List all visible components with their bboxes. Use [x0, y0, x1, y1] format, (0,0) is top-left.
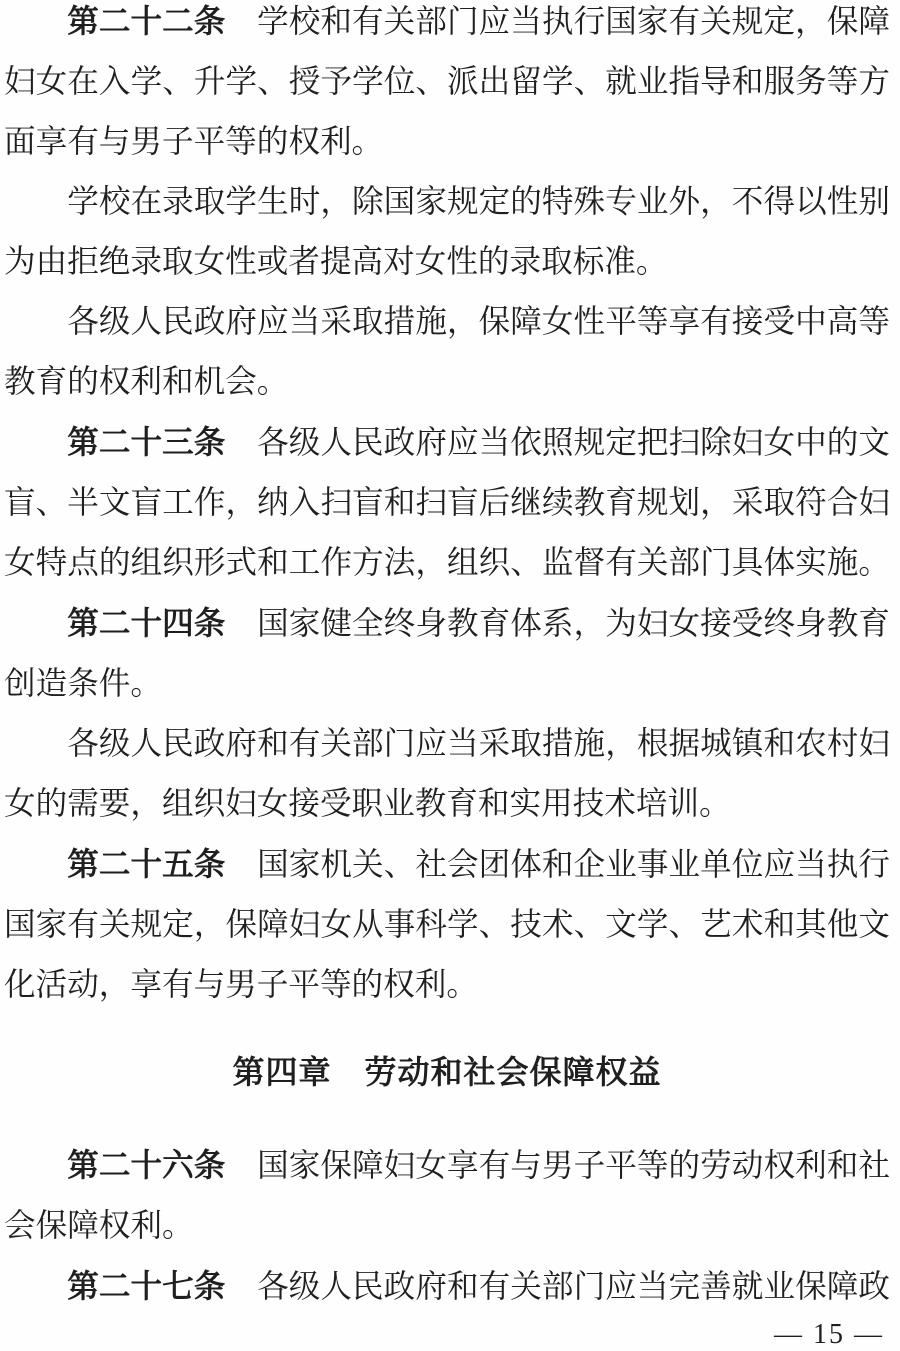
article-number: 第二十六条	[67, 1147, 257, 1183]
document-page: 第二十二条学校和有关部门应当执行国家有关规定，保障 妇女在入学、升学、授予学位、…	[0, 0, 900, 1351]
text-line: 第二十五条国家机关、社会团体和企业事业单位应当执行	[4, 834, 890, 895]
text-line: 妇女在入学、升学、授予学位、派出留学、就业指导和服务等方	[4, 52, 890, 112]
chapter-heading: 第四章劳动和社会保障权益	[4, 1042, 890, 1102]
line-text: 国家机关、社会团体和企业事业单位应当执行	[257, 847, 890, 882]
text-line: 创造条件。	[4, 654, 890, 714]
text-line: 第二十六条国家保障妇女享有与男子平等的劳动权利和社	[4, 1135, 890, 1196]
text-line: 会保障权利。	[4, 1196, 890, 1256]
line-text: 国家健全终身教育体系，为妇女接受终身教育	[257, 606, 890, 641]
text-line: 学校在录取学生时，除国家规定的特殊专业外，不得以性别	[4, 172, 890, 232]
text-line: 第二十七条各级人民政府和有关部门应当完善就业保障政	[4, 1256, 890, 1317]
line-text: 教育的权利和机会。	[4, 364, 288, 399]
text-line: 面享有与男子平等的权利。	[4, 112, 890, 172]
line-text: 为由拒绝录取女性或者提高对女性的录取标准。	[4, 244, 667, 279]
article-number: 第二十二条	[67, 3, 257, 39]
text-line: 女的需要，组织妇女接受职业教育和实用技术培训。	[4, 774, 890, 834]
text-line: 各级人民政府应当采取措施，保障女性平等享有接受中高等	[4, 292, 890, 352]
page-number: — 15 —	[774, 1319, 884, 1350]
line-text: 各级人民政府应当采取措施，保障女性平等享有接受中高等	[67, 304, 890, 339]
text-line: 教育的权利和机会。	[4, 352, 890, 412]
article-number: 第二十五条	[67, 846, 257, 882]
line-text: 会保障权利。	[4, 1208, 194, 1243]
line-text: 创造条件。	[4, 666, 162, 701]
page-footer: — 15 —	[774, 1321, 884, 1349]
line-text: 各级人民政府应当依照规定把扫除妇女中的文	[257, 425, 890, 460]
article-number: 第二十三条	[67, 424, 257, 460]
text-line: 第二十二条学校和有关部门应当执行国家有关规定，保障	[4, 0, 890, 52]
line-text: 化活动，享有与男子平等的权利。	[4, 967, 478, 1002]
text-line: 各级人民政府和有关部门应当采取措施，根据城镇和农村妇	[4, 714, 890, 774]
text-line: 第二十四条国家健全终身教育体系，为妇女接受终身教育	[4, 593, 890, 654]
line-text: 国家有关规定，保障妇女从事科学、技术、文学、艺术和其他文	[4, 907, 890, 942]
line-text: 各级人民政府和有关部门应当完善就业保障政	[257, 1269, 890, 1304]
chapter-number: 第四章	[232, 1054, 364, 1090]
text-line: 为由拒绝录取女性或者提高对女性的录取标准。	[4, 232, 890, 292]
line-text: 妇女在入学、升学、授予学位、派出留学、就业指导和服务等方	[4, 64, 890, 99]
text-line: 盲、半文盲工作，纳入扫盲和扫盲后继续教育规划，采取符合妇	[4, 473, 890, 533]
article-number: 第二十七条	[67, 1268, 257, 1304]
line-text: 女特点的组织形式和工作方法，组织、监督有关部门具体实施。	[4, 545, 890, 580]
line-text: 女的需要，组织妇女接受职业教育和实用技术培训。	[4, 786, 731, 821]
text-line: 国家有关规定，保障妇女从事科学、技术、文学、艺术和其他文	[4, 895, 890, 955]
chapter-title: 劳动和社会保障权益	[365, 1054, 662, 1090]
line-text: 盲、半文盲工作，纳入扫盲和扫盲后继续教育规划，采取符合妇	[4, 485, 890, 520]
line-text: 学校和有关部门应当执行国家有关规定，保障	[257, 4, 890, 39]
line-text: 各级人民政府和有关部门应当采取措施，根据城镇和农村妇	[67, 726, 890, 761]
line-text: 国家保障妇女享有与男子平等的劳动权利和社	[257, 1148, 890, 1183]
text-line: 女特点的组织形式和工作方法，组织、监督有关部门具体实施。	[4, 533, 890, 593]
text-line: 第二十三条各级人民政府应当依照规定把扫除妇女中的文	[4, 412, 890, 473]
line-text: 学校在录取学生时，除国家规定的特殊专业外，不得以性别	[67, 184, 890, 219]
text-line: 化活动，享有与男子平等的权利。	[4, 955, 890, 1015]
document-body: 第二十二条学校和有关部门应当执行国家有关规定，保障 妇女在入学、升学、授予学位、…	[4, 0, 890, 1317]
article-number: 第二十四条	[67, 605, 257, 641]
line-text: 面享有与男子平等的权利。	[4, 124, 383, 159]
